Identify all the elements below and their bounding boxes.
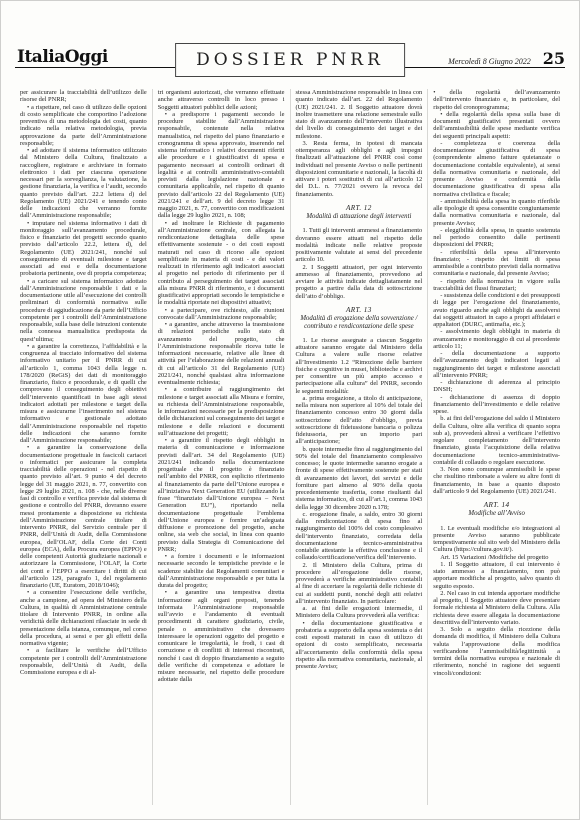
paragraph: • a caricare sul sistema informatico ado…: [20, 278, 147, 343]
masthead: ItaliaOggi DOSSIER PNRR Mercoledì 8 Giug…: [15, 41, 565, 81]
paragraph: • a contribuire al raggiungimento dei mi…: [158, 386, 285, 437]
article-body: per assicurare la tracciabilità dell’uti…: [15, 89, 565, 805]
paragraph: • a garantire la conservazione della doc…: [20, 444, 147, 589]
page-number: 25: [543, 49, 565, 68]
paragraph: tri organismi autorizzati, che verranno …: [158, 89, 285, 111]
paragraph: • ad inoltrare le Richieste di pagamento…: [158, 220, 285, 307]
paragraph: 3. Non sono comunque ammissibili le spes…: [433, 466, 560, 495]
paragraph: • della regolarità dell’avanzamento dell…: [433, 89, 560, 111]
paragraph: - dichiarazione di assenza di doppio fin…: [433, 394, 560, 416]
text-column-1: per assicurare la tracciabilità dell’uti…: [15, 89, 152, 805]
paragraph: 2. Il Ministero della Cultura, prima di …: [296, 562, 423, 606]
article-title: Modifiche all’Avviso: [437, 510, 556, 517]
paragraph: per assicurare la tracciabilità dell’uti…: [20, 89, 147, 104]
article-number: ART. 12: [300, 205, 419, 212]
paragraph: - riferibilità della spesa all’intervent…: [433, 249, 560, 278]
paragraph: 2. I Soggetti attuatori, per ogni interv…: [296, 264, 423, 300]
paragraph: 1. Il Soggetto attuatore, il cui interve…: [433, 561, 560, 590]
paragraph: - della documentazione a supporto dell’a…: [433, 350, 560, 379]
paragraph: Art. 15 Variazioni /Modifiche del proget…: [433, 554, 560, 561]
dateline: Mercoledì 8 Giugno 2022 25: [448, 49, 565, 69]
text-column-3: stessa Amministrazione responsabile in l…: [290, 89, 428, 805]
article-heading: ART. 12Modalità di attuazione degli inte…: [300, 205, 419, 221]
text-column-4: • della regolarità dell’avanzamento dell…: [427, 89, 565, 805]
paragraph: • della regolarità della spesa sulla bas…: [433, 111, 560, 140]
article-title: Modalità di attuazione degli interventi: [300, 213, 419, 220]
paragraph: a. prima erogazione, a titolo di anticip…: [296, 395, 423, 446]
paragraph: • a predisporre i pagamenti secondo le p…: [158, 111, 285, 220]
brand-logo: ItaliaOggi: [17, 47, 108, 67]
article-number: ART. 14: [437, 502, 556, 509]
paragraph: 1. Le eventuali modifiche e/o integrazio…: [433, 525, 560, 554]
paragraph: 1. Le risorse assegnate a ciascun Sogget…: [296, 337, 423, 395]
paragraph: - dichiarazione di aderenza al principio…: [433, 379, 560, 394]
paragraph: • a garantire, anche attraverso la trasm…: [158, 321, 285, 386]
paragraph: - assolvimento degli obblighi in materia…: [433, 328, 560, 350]
paragraph: b. ai fini dell’erogazione del saldo il …: [433, 415, 560, 466]
paragraph: - ammissibilità della spesa in quanto ri…: [433, 198, 560, 227]
paragraph: • a partecipare, ove richiesto, alle riu…: [158, 307, 285, 322]
issue-date: Mercoledì 8 Giugno 2022: [448, 57, 531, 66]
article-heading: ART. 14Modifiche all’Avviso: [437, 502, 556, 518]
dossier-box: DOSSIER PNRR: [175, 43, 405, 77]
paragraph: c. erogazione finale, a saldo, entro 30 …: [296, 511, 423, 562]
paragraph: stessa Amministrazione responsabile in l…: [296, 89, 423, 140]
paragraph: 1. Tutti gli interventi ammessi a finanz…: [296, 227, 423, 263]
paragraph: • a consentire l’esecuzione delle verifi…: [20, 589, 147, 647]
paragraph: • a garantire il rispetto degli obblighi…: [158, 437, 285, 553]
paragraph: • a garantire la correttezza, l’affidabi…: [20, 343, 147, 445]
paragraph: a. ai fini delle erogazioni intermedie, …: [296, 605, 423, 620]
paragraph: 2. Nel caso in cui intenda apportare mod…: [433, 590, 560, 626]
dossier-title: DOSSIER PNRR: [196, 50, 384, 70]
paragraph: 3. Solo a seguito della ricezione della …: [433, 626, 560, 677]
newspaper-page: ItaliaOggi DOSSIER PNRR Mercoledì 8 Giug…: [0, 0, 580, 820]
text-column-2: tri organismi autorizzati, che verranno …: [152, 89, 290, 805]
article-heading: ART. 13Modalità di erogazione della sovv…: [300, 307, 419, 330]
paragraph: 3. Resta ferma, in ipotesi di mancata ot…: [296, 140, 423, 198]
paragraph: • ad adottare il sistema informatico uti…: [20, 147, 147, 220]
paragraph: b. quote intermedie fino al raggiungimen…: [296, 446, 423, 511]
paragraph: • a rispettare, nel caso di utilizzo del…: [20, 104, 147, 148]
paragraph: • a garantire una tempestiva diretta inf…: [158, 589, 285, 683]
article-number: ART. 13: [300, 307, 419, 314]
paragraph: - completezza e coerenza della documenta…: [433, 140, 560, 198]
paragraph: - eleggibilità della spesa, in quanto so…: [433, 227, 560, 249]
article-title: Modalità di erogazione della sovvenzione…: [300, 315, 419, 330]
paragraph: • della documentazione giustificativa e …: [296, 620, 423, 671]
paragraph: - rispetto della normativa in vigore sul…: [433, 278, 560, 293]
paragraph: • a facilitare le verifiche dell’Ufficio…: [20, 647, 147, 676]
paragraph: • a fornire i documenti e le informazion…: [158, 553, 285, 589]
paragraph: • imputare nel sistema informativo i dat…: [20, 220, 147, 278]
paragraph: - sussistenza delle condizioni e dei pre…: [433, 292, 560, 328]
